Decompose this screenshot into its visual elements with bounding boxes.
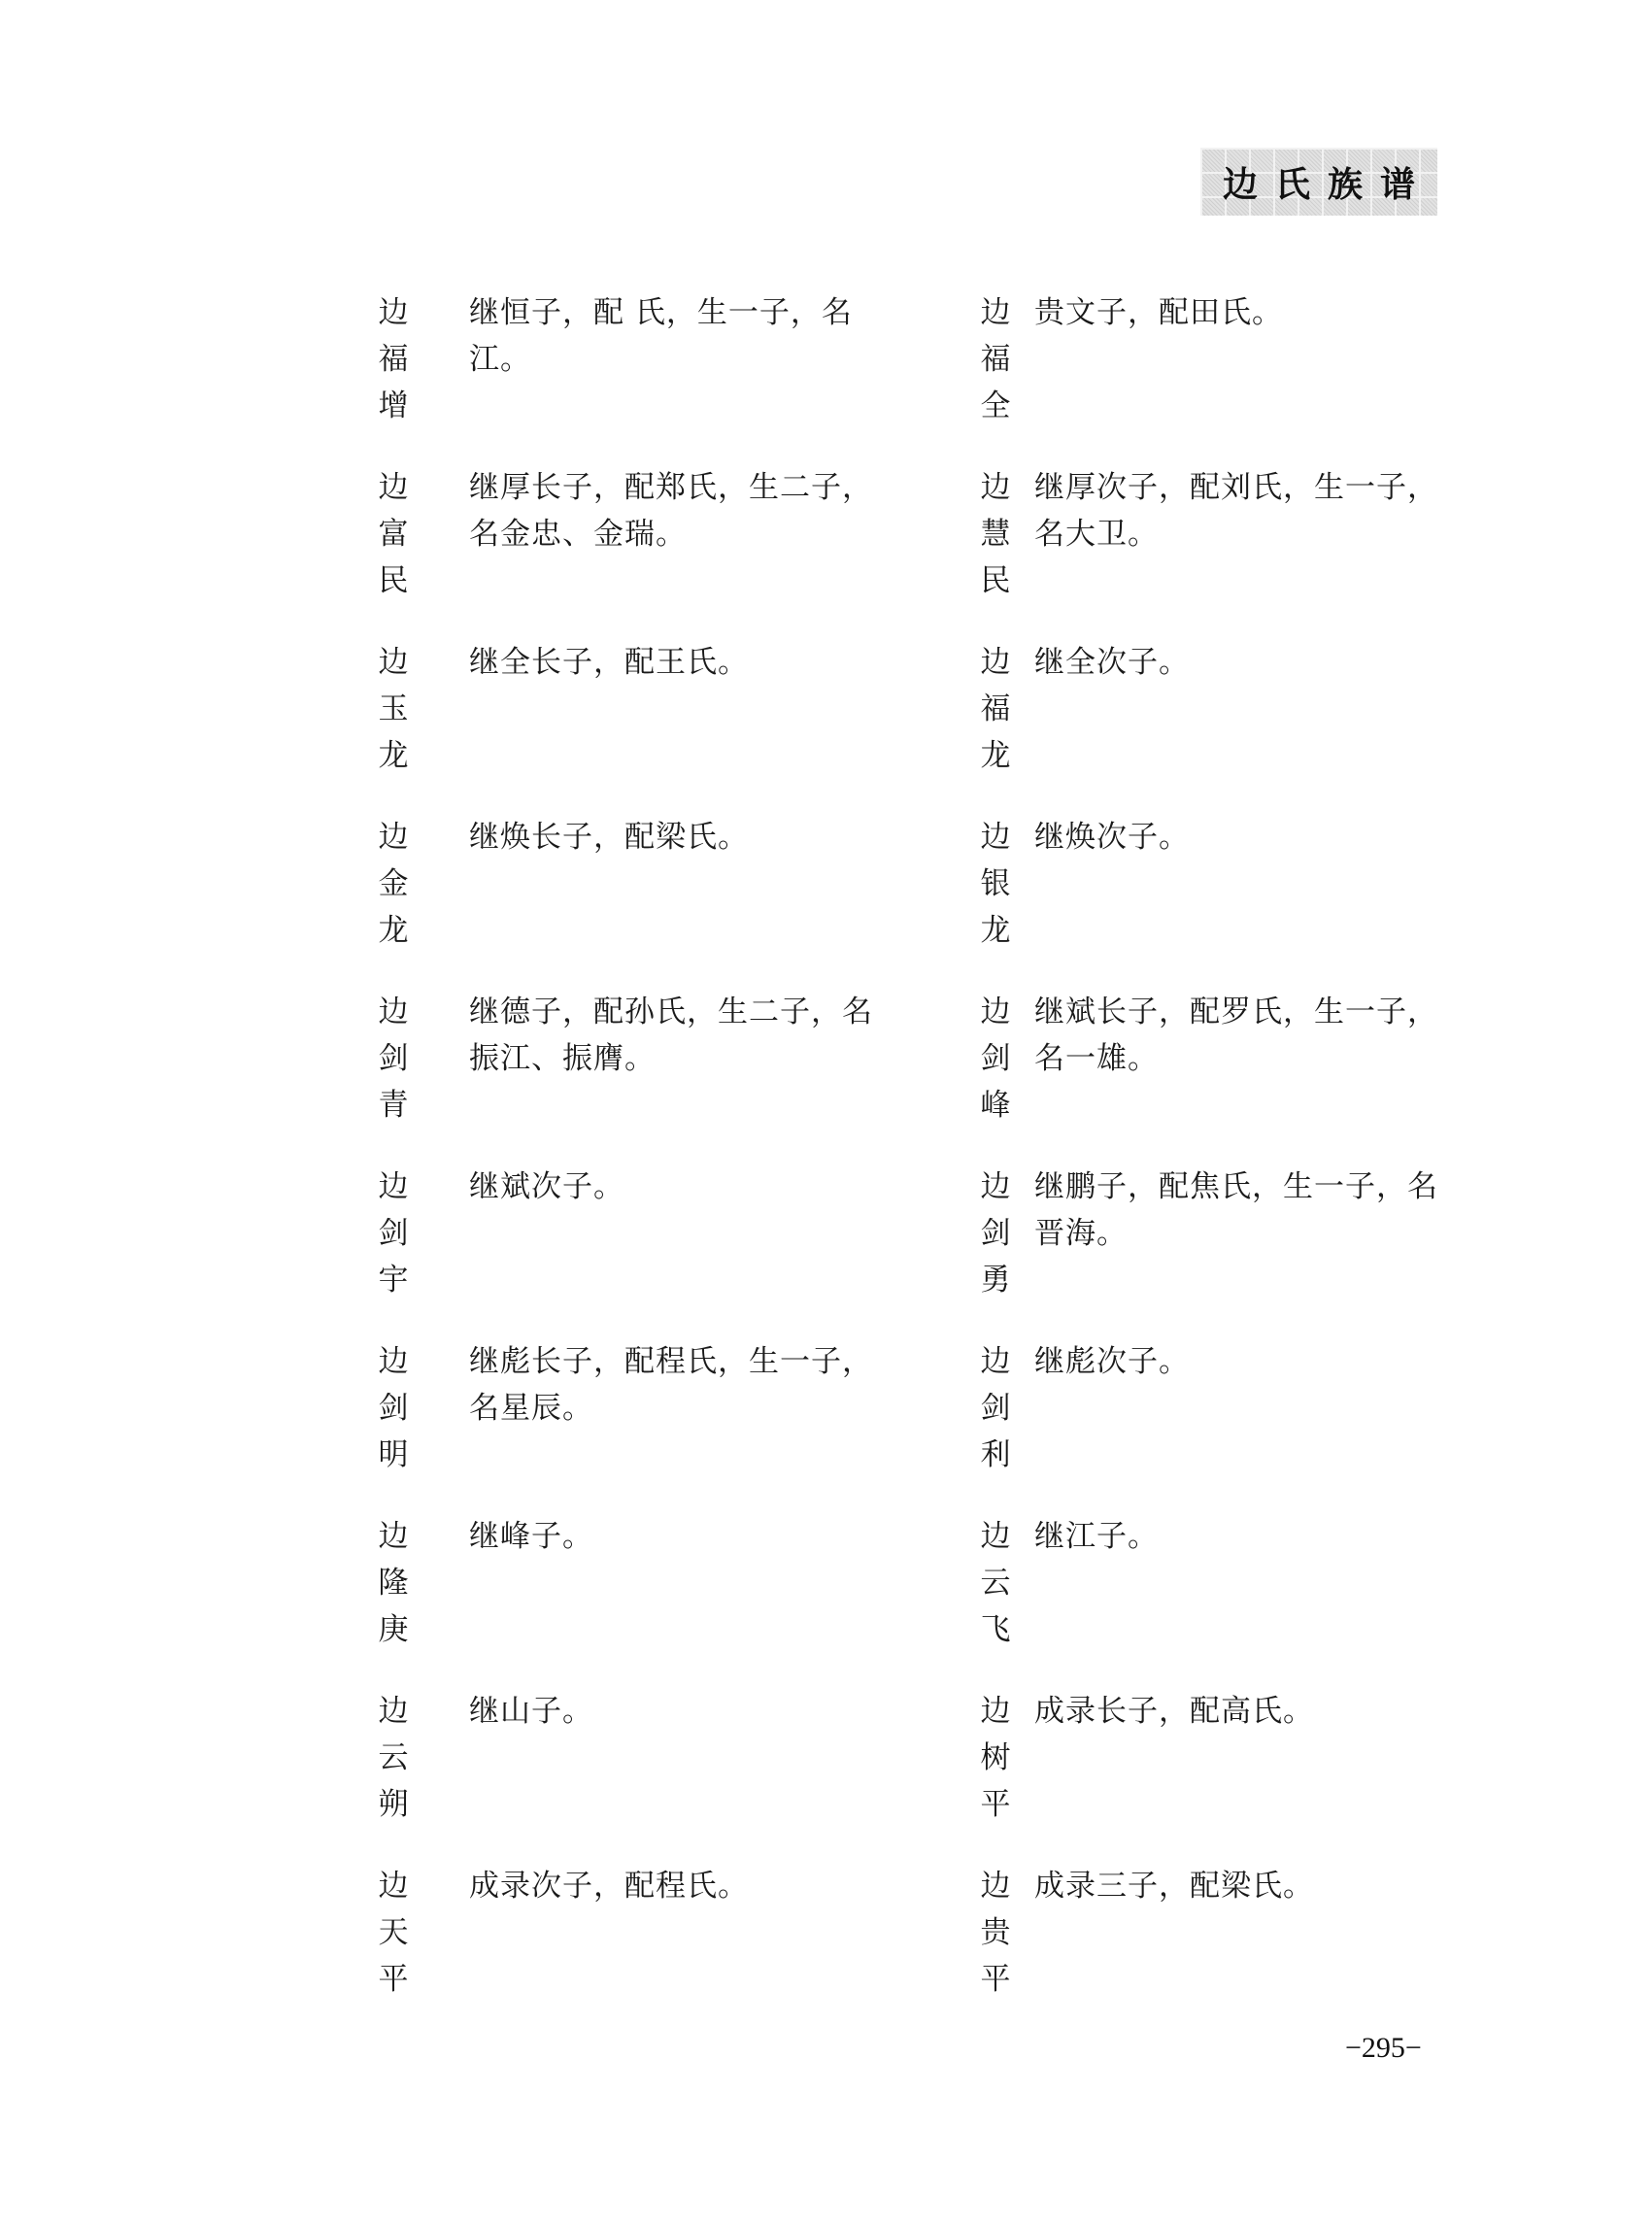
genealogy-entry: 边贵平成录三子，配梁氏。: [976, 1863, 1559, 2028]
name-character: 云: [976, 1560, 1015, 1606]
person-description: 继焕长子，配梁氏。: [469, 814, 896, 860]
person-description: 继斌长子，配罗氏，生一子，名一雄。: [1034, 989, 1462, 1082]
person-description: 继厚次子，配刘氏，生一子，名大卫。: [1034, 464, 1462, 557]
genealogy-entry: 边云飞继江子。: [976, 1513, 1559, 1678]
name-character: 隆: [374, 1560, 413, 1606]
name-character: 边: [976, 1863, 1015, 1909]
genealogy-entry: 边剑宇继斌次子。: [374, 1164, 957, 1329]
name-character: 边: [976, 289, 1015, 336]
name-character: 边: [374, 989, 413, 1035]
genealogy-entry: 边银龙继焕次子。: [976, 814, 1559, 979]
person-name-vertical: 边贵平: [976, 1863, 1015, 2003]
name-character: 天: [374, 1909, 413, 1956]
person-description: 继厚长子，配郑氏，生二子，名金忠、金瑞。: [469, 464, 896, 557]
person-description: 继江子。: [1034, 1513, 1462, 1560]
name-character: 边: [374, 464, 413, 511]
name-character: 民: [976, 557, 1015, 604]
name-character: 边: [976, 1164, 1015, 1210]
person-description: 继峰子。: [469, 1513, 896, 1560]
person-name-vertical: 边福全: [976, 289, 1015, 429]
person-name-vertical: 边玉龙: [374, 639, 413, 779]
name-character: 剑: [374, 1385, 413, 1432]
name-character: 边: [976, 1688, 1015, 1735]
name-character: 龙: [976, 732, 1015, 779]
person-description: 继斌次子。: [469, 1164, 896, 1210]
name-character: 民: [374, 557, 413, 604]
genealogy-entry: 边剑利继彪次子。: [976, 1338, 1559, 1503]
person-description: 继彪次子。: [1034, 1338, 1462, 1385]
name-character: 剑: [374, 1035, 413, 1082]
person-description: 贵文子，配田氏。: [1034, 289, 1462, 336]
person-name-vertical: 边云飞: [976, 1513, 1015, 1653]
genealogy-entry: 边福龙继全次子。: [976, 639, 1559, 804]
name-character: 剑: [374, 1210, 413, 1257]
person-description: 成录长子，配高氏。: [1034, 1688, 1462, 1735]
name-character: 庚: [374, 1606, 413, 1653]
genealogy-entry: 边福增继恒子，配 氏，生一子，名江。: [374, 289, 957, 455]
genealogy-entry: 边剑明继彪长子，配程氏，生一子，名星辰。: [374, 1338, 957, 1503]
name-character: 边: [374, 289, 413, 336]
name-character: 贵: [976, 1909, 1015, 1956]
name-character: 剑: [976, 1210, 1015, 1257]
genealogy-entry: 边剑青继德子，配孙氏，生二子，名振江、振膺。: [374, 989, 957, 1154]
person-description: 继山子。: [469, 1688, 896, 1735]
name-character: 龙: [374, 907, 413, 954]
name-character: 勇: [976, 1257, 1015, 1303]
name-character: 青: [374, 1082, 413, 1129]
name-character: 峰: [976, 1082, 1015, 1129]
genealogy-entry: 边金龙继焕长子，配梁氏。: [374, 814, 957, 979]
name-character: 剑: [976, 1035, 1015, 1082]
person-name-vertical: 边树平: [976, 1688, 1015, 1828]
name-character: 龙: [976, 907, 1015, 954]
person-name-vertical: 边剑勇: [976, 1164, 1015, 1303]
page-number: −295−: [1345, 2032, 1422, 2065]
genealogy-entry: 边剑峰继斌长子，配罗氏，生一子，名一雄。: [976, 989, 1559, 1154]
person-description: 继彪长子，配程氏，生一子，名星辰。: [469, 1338, 896, 1432]
name-character: 银: [976, 860, 1015, 907]
name-character: 边: [976, 464, 1015, 511]
genealogy-entry: 边慧民继厚次子，配刘氏，生一子，名大卫。: [976, 464, 1559, 629]
genealogy-entry: 边天平成录次子，配程氏。: [374, 1863, 957, 2028]
name-character: 朔: [374, 1781, 413, 1828]
name-character: 平: [976, 1781, 1015, 1828]
name-character: 剑: [976, 1385, 1015, 1432]
person-name-vertical: 边剑明: [374, 1338, 413, 1478]
genealogy-entry: 边玉龙继全长子，配王氏。: [374, 639, 957, 804]
person-description: 继德子，配孙氏，生二子，名振江、振膺。: [469, 989, 896, 1082]
person-name-vertical: 边剑利: [976, 1338, 1015, 1478]
name-character: 边: [374, 814, 413, 860]
person-name-vertical: 边剑宇: [374, 1164, 413, 1303]
genealogy-entry: 边富民继厚长子，配郑氏，生二子，名金忠、金瑞。: [374, 464, 957, 629]
person-name-vertical: 边福增: [374, 289, 413, 429]
name-character: 利: [976, 1432, 1015, 1478]
name-character: 边: [976, 1338, 1015, 1385]
name-character: 福: [374, 336, 413, 383]
genealogy-entry: 边剑勇继鹏子，配焦氏，生一子，名晋海。: [976, 1164, 1559, 1329]
name-character: 福: [976, 686, 1015, 732]
name-character: 富: [374, 511, 413, 557]
genealogy-entry: 边隆庚继峰子。: [374, 1513, 957, 1678]
person-description: 成录三子，配梁氏。: [1034, 1863, 1462, 1909]
name-character: 边: [374, 1688, 413, 1735]
person-name-vertical: 边银龙: [976, 814, 1015, 954]
name-character: 宇: [374, 1257, 413, 1303]
name-character: 边: [976, 814, 1015, 860]
name-character: 增: [374, 383, 413, 429]
book-title-banner: 边氏族谱: [1200, 148, 1437, 216]
name-character: 边: [374, 1338, 413, 1385]
book-title: 边氏族谱: [1205, 157, 1433, 207]
name-character: 慧: [976, 511, 1015, 557]
name-character: 边: [976, 989, 1015, 1035]
name-character: 树: [976, 1735, 1015, 1781]
name-character: 龙: [374, 732, 413, 779]
person-description: 继焕次子。: [1034, 814, 1462, 860]
person-name-vertical: 边隆庚: [374, 1513, 413, 1653]
name-character: 边: [374, 1513, 413, 1560]
person-description: 继鹏子，配焦氏，生一子，名晋海。: [1034, 1164, 1462, 1257]
name-character: 福: [976, 336, 1015, 383]
name-character: 金: [374, 860, 413, 907]
person-name-vertical: 边剑青: [374, 989, 413, 1129]
genealogy-entry: 边树平成录长子，配高氏。: [976, 1688, 1559, 1853]
person-description: 成录次子，配程氏。: [469, 1863, 896, 1909]
name-character: 明: [374, 1432, 413, 1478]
person-description: 继全次子。: [1034, 639, 1462, 686]
name-character: 边: [374, 639, 413, 686]
person-name-vertical: 边云朔: [374, 1688, 413, 1828]
person-name-vertical: 边福龙: [976, 639, 1015, 779]
name-character: 平: [374, 1956, 413, 2003]
name-character: 飞: [976, 1606, 1015, 1653]
person-name-vertical: 边剑峰: [976, 989, 1015, 1129]
person-name-vertical: 边富民: [374, 464, 413, 604]
name-character: 边: [976, 639, 1015, 686]
person-description: 继全长子，配王氏。: [469, 639, 896, 686]
name-character: 云: [374, 1735, 413, 1781]
name-character: 边: [976, 1513, 1015, 1560]
name-character: 边: [374, 1164, 413, 1210]
name-character: 边: [374, 1863, 413, 1909]
genealogy-entry: 边福全贵文子，配田氏。: [976, 289, 1559, 455]
name-character: 全: [976, 383, 1015, 429]
person-name-vertical: 边天平: [374, 1863, 413, 2003]
person-description: 继恒子，配 氏，生一子，名江。: [469, 289, 896, 383]
person-name-vertical: 边金龙: [374, 814, 413, 954]
name-character: 平: [976, 1956, 1015, 2003]
person-name-vertical: 边慧民: [976, 464, 1015, 604]
genealogy-entry: 边云朔继山子。: [374, 1688, 957, 1853]
name-character: 玉: [374, 686, 413, 732]
